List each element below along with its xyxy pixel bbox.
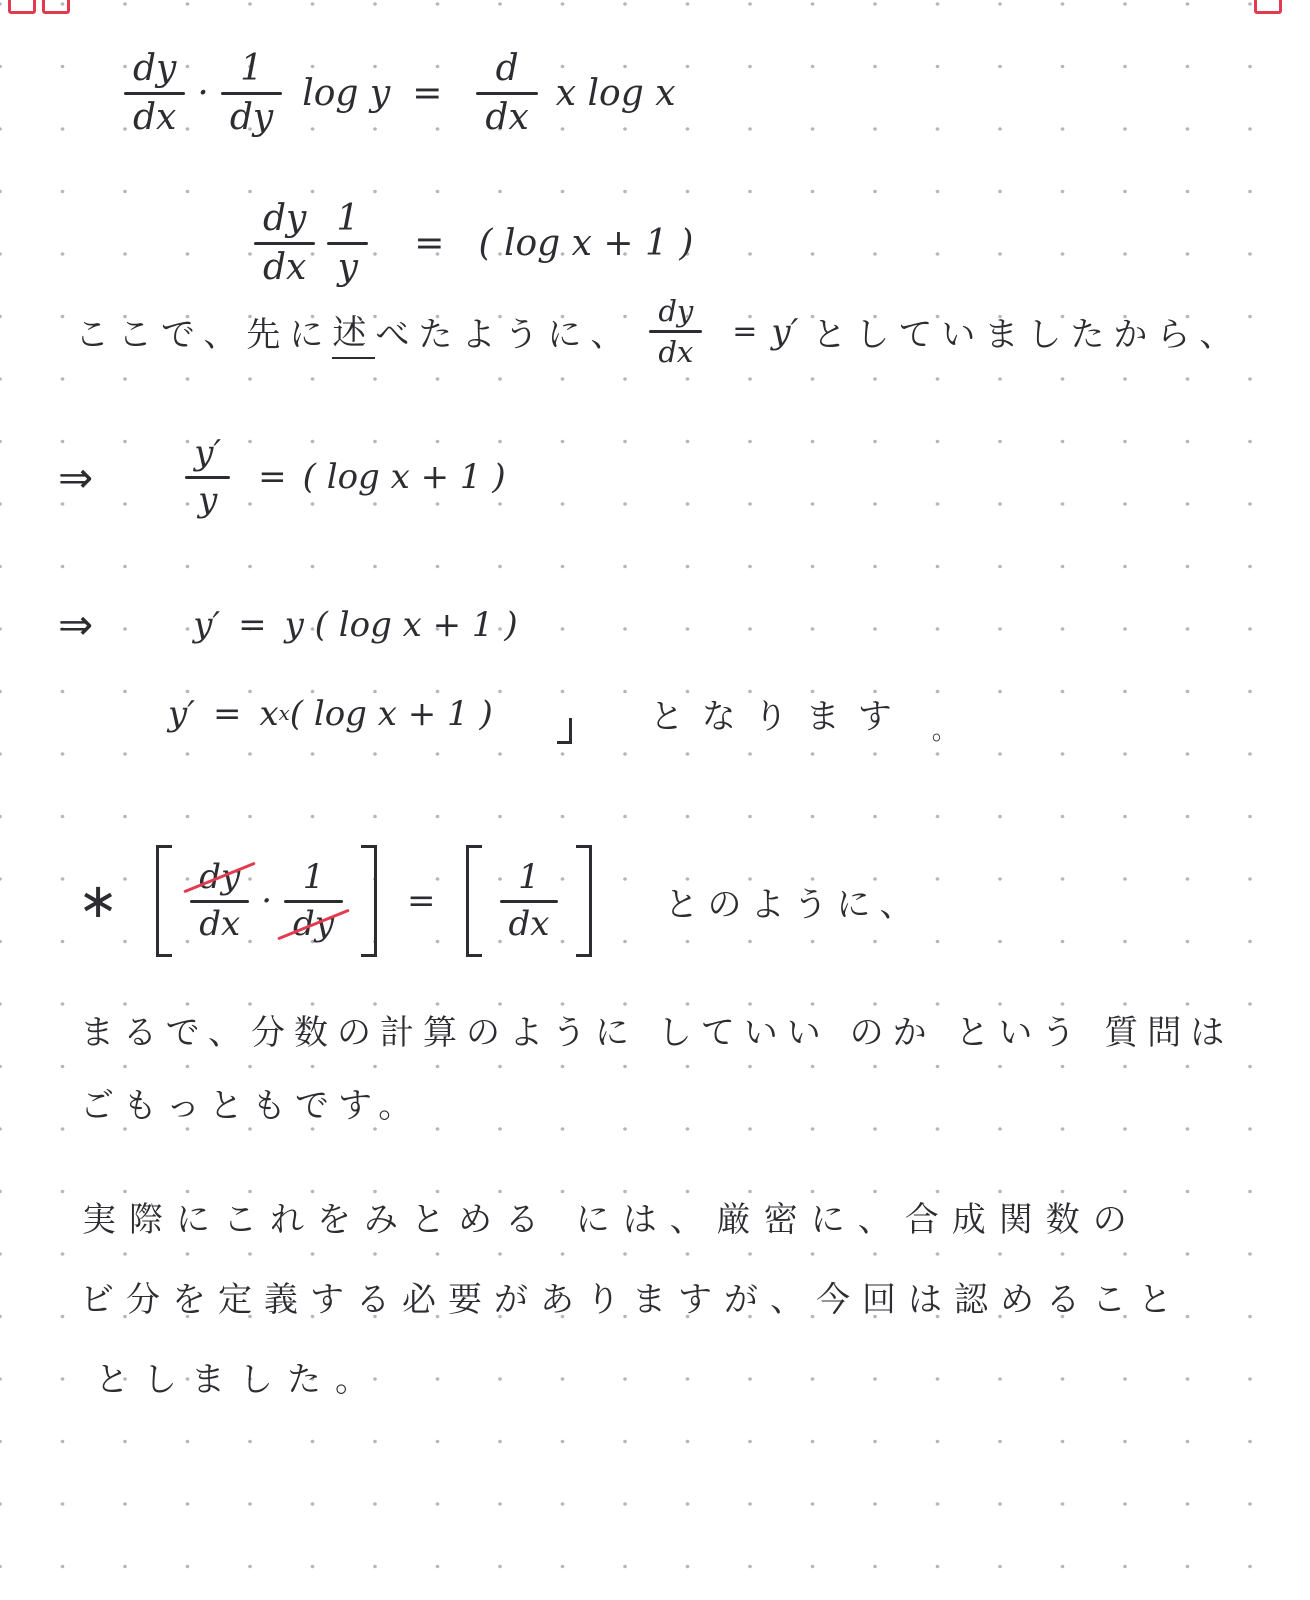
fraction-1-y: 1 y: [327, 200, 368, 287]
equals-sign: =: [732, 314, 757, 349]
fraction-numerator: 1: [327, 200, 368, 238]
asterisk-mark: ∗: [78, 877, 118, 925]
x-exponent: x: [279, 702, 290, 725]
fraction-dy-dx-cancelled: dy dx: [190, 860, 249, 942]
fraction-dy-dx: dy dx: [649, 296, 702, 368]
x-log-x-term: x log x: [556, 73, 676, 114]
multiplication-dot: ·: [261, 881, 272, 921]
fraction-numerator: 1: [509, 860, 549, 896]
jp-text: ビ分を定義する必要がありますが、今回は認めること: [80, 1272, 1184, 1321]
fraction-denominator: y: [189, 483, 226, 519]
x-base: x: [259, 694, 278, 734]
log-y-term: log y: [302, 73, 390, 114]
fraction-bar: [190, 900, 249, 903]
equals-sign: =: [407, 881, 436, 921]
jp-text: ごもっともです。: [80, 1078, 421, 1127]
fraction-bar: [327, 242, 368, 245]
fraction-d-dx: d dx: [476, 50, 537, 137]
cancellation-note-line: ∗ dy dx · 1 dy = 1 dx とのように、: [78, 845, 922, 957]
jp-text: としていましたから、: [812, 307, 1242, 356]
underlined-jp-text: 述: [332, 305, 375, 359]
cancelled-dy-numerator: dy: [190, 860, 249, 896]
sentence-line-1: ここで、先に 述 べたように、 dy dx = y′ としていましたから、: [75, 296, 1242, 368]
fraction-bar: [185, 476, 230, 479]
jp-text: べたように、: [375, 307, 633, 356]
left-square-bracket: [466, 845, 482, 957]
jp-text: としました。: [95, 1352, 383, 1401]
equation-line-1: dy dx · 1 dy log y = d dx x log x: [112, 50, 676, 137]
fraction-numerator: d: [487, 50, 528, 88]
red-corner-mark: [1254, 0, 1282, 14]
implies-arrow: ⇒: [58, 453, 93, 502]
fraction-denominator: dx: [649, 337, 702, 367]
fraction-denominator: dx: [190, 907, 249, 943]
fraction-1-dx: 1 dx: [500, 860, 559, 942]
notebook-page: dy dx · 1 dy log y = d dx x log x dy dx …: [0, 0, 1310, 1600]
fraction-denominator: dy: [221, 99, 282, 137]
paragraph1-line2: ごもっともです。: [80, 1078, 421, 1127]
jp-text: 実際にこれをみとめる には、厳密に、合成関数の: [82, 1192, 1140, 1241]
right-square-bracket: [576, 845, 592, 957]
equation-line-3: ⇒ y′ y = ( log x + 1 ): [58, 436, 506, 518]
log-x-plus-1-term: ( log x + 1 ): [478, 223, 693, 264]
fraction-numerator: 1: [231, 50, 272, 88]
y-prime-term: y′: [168, 694, 195, 734]
corner-bracket-icon: [557, 718, 572, 744]
fraction-numerator: y′: [185, 436, 230, 472]
fraction-numerator: dy: [124, 50, 185, 88]
fraction-numerator: dy: [649, 296, 702, 326]
jp-text: ここで、先に: [75, 307, 332, 356]
multiplication-dot: ·: [197, 73, 208, 114]
implies-arrow: ⇒: [58, 600, 93, 649]
log-x-plus-1-term: ( log x + 1 ): [290, 694, 493, 734]
equals-sign: =: [238, 605, 267, 645]
fraction-dy-dx: dy dx: [254, 200, 315, 287]
equation-line-5: y′ = x x ( log x + 1 ) となります 。: [168, 680, 967, 747]
jp-text-tonarimasu: となります: [650, 689, 910, 738]
fraction-bar: [500, 900, 559, 903]
fraction-denominator: dx: [476, 99, 537, 137]
cancelled-dy-denominator: dy: [284, 907, 343, 943]
fraction-numerator: dy: [254, 200, 315, 238]
fraction-denominator: y: [329, 249, 367, 287]
y-prime-term: y′: [771, 312, 798, 352]
jp-text-tonoyouni: とのように、: [664, 877, 922, 926]
equation-line-4: ⇒ y′ = y ( log x + 1 ): [58, 600, 518, 649]
equals-sign: =: [414, 223, 444, 264]
fraction-denominator: dx: [124, 99, 185, 137]
jp-text: まるで、分数の計算のように していい のか という 質問は: [80, 1005, 1233, 1054]
fraction-bar: [284, 900, 343, 903]
paragraph1-line1: まるで、分数の計算のように していい のか という 質問は: [80, 1005, 1233, 1054]
paragraph2-line3: としました。: [95, 1352, 383, 1401]
paragraph2-line2: ビ分を定義する必要がありますが、今回は認めること: [80, 1272, 1184, 1321]
fraction-1-dy-cancelled: 1 dy: [284, 860, 343, 942]
fraction-numerator: 1: [294, 860, 334, 896]
jp-period: 。: [932, 710, 967, 747]
fraction-bar: [254, 242, 315, 245]
fraction-bar: [221, 92, 282, 95]
red-corner-mark: [42, 0, 70, 14]
fraction-dy-dx: dy dx: [124, 50, 185, 137]
left-square-bracket: [156, 845, 172, 957]
equation-line-2: dy dx 1 y = ( log x + 1 ): [242, 200, 693, 287]
red-corner-mark: [8, 0, 36, 14]
paragraph2-line1: 実際にこれをみとめる には、厳密に、合成関数の: [82, 1192, 1140, 1241]
fraction-bar: [124, 92, 185, 95]
equals-sign: =: [213, 694, 242, 734]
y-prime-term: y′: [193, 605, 220, 645]
fraction-bar: [476, 92, 537, 95]
equals-sign: =: [412, 73, 442, 114]
fraction-denominator: dx: [500, 907, 559, 943]
fraction-denominator: dx: [254, 249, 315, 287]
right-square-bracket: [361, 845, 377, 957]
fraction-yprime-y: y′ y: [185, 436, 230, 518]
rhs-term: y ( log x + 1 ): [285, 605, 518, 645]
log-x-plus-1-term: ( log x + 1 ): [303, 457, 506, 497]
fraction-1-dy: 1 dy: [221, 50, 282, 137]
fraction-bar: [649, 330, 702, 333]
equals-sign: =: [258, 457, 287, 497]
